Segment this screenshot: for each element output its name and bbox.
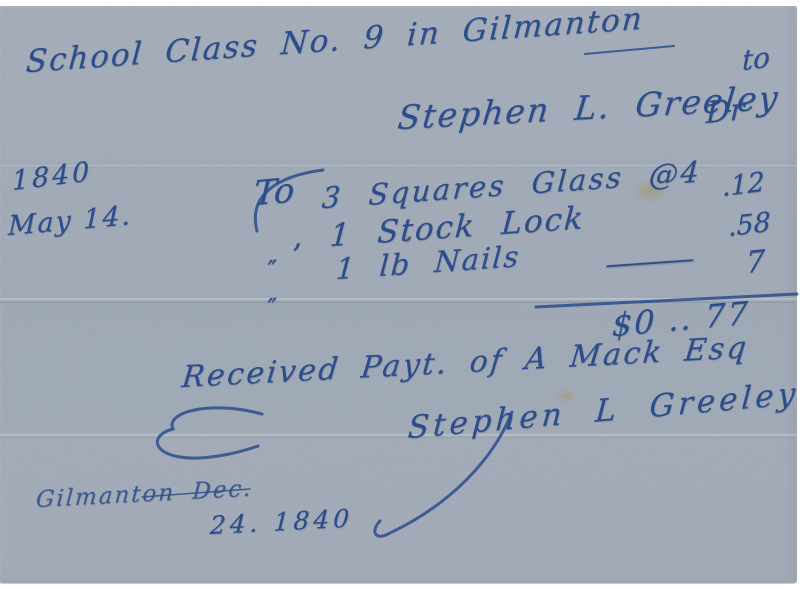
scanned-receipt-page: School Class No. 9 in Gilmanton to Steph… [0, 0, 800, 590]
item-row-dash: — [601, 241, 698, 281]
item-row-prefix: , [291, 219, 303, 255]
item-row-prefix: To [253, 170, 295, 214]
item-row-price: .58 [728, 207, 771, 243]
item-row-ditto-mark: ″ [267, 255, 279, 286]
header-to: to [742, 40, 770, 77]
item-row-price: .12 [722, 167, 765, 203]
extra-ditto-mark: ″ [267, 293, 279, 324]
item-row-price: 7 [746, 244, 765, 281]
debit-abbreviation: Dr [705, 92, 744, 131]
